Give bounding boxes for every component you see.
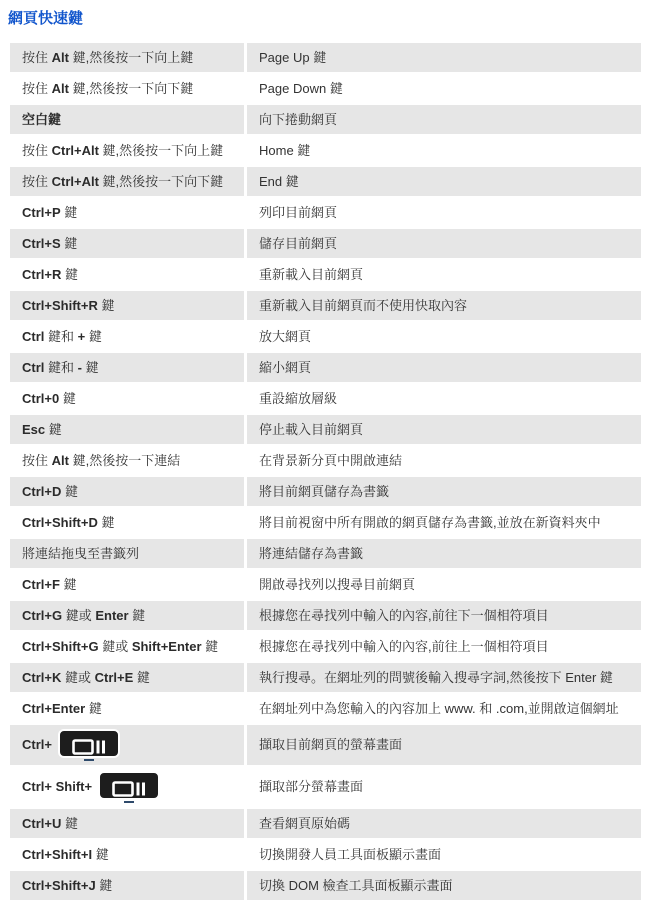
shortcut-cell: Ctrl+U 鍵 xyxy=(10,809,244,838)
shortcut-description: 重設縮放層級 xyxy=(247,384,641,413)
shortcut-description: 儲存目前網頁 xyxy=(247,229,641,258)
shortcut-description: 向下捲動網頁 xyxy=(247,105,641,134)
shortcut-cell: Ctrl+0 鍵 xyxy=(10,384,244,413)
shortcut-text: 鍵 xyxy=(96,878,113,893)
shortcut-text: Ctrl+D xyxy=(22,484,61,499)
shortcut-description: End 鍵 xyxy=(247,167,641,196)
shortcut-description: 執行搜尋。在網址列的問號後輸入搜尋字詞,然後按下 Enter 鍵 xyxy=(247,663,641,692)
shortcut-text: Ctrl+S xyxy=(22,236,61,251)
shortcut-text: 鍵 xyxy=(61,205,78,220)
shortcut-text: 按住 xyxy=(22,453,52,468)
overview-key-icon xyxy=(98,771,160,800)
shortcut-cell: 空白鍵 xyxy=(10,105,244,134)
shortcut-description: 將連結儲存為書籤 xyxy=(247,539,641,568)
table-row: Ctrl+Shift+J 鍵 切換 DOM 檢查工具面板顯示畫面 xyxy=(10,871,641,902)
shortcut-cell: Ctrl+Shift+R 鍵 xyxy=(10,291,244,320)
shortcut-text: Alt xyxy=(52,50,69,65)
shortcut-description: 在背景新分頁中開啟連結 xyxy=(247,446,641,475)
table-row: Esc 鍵 停止載入目前網頁 xyxy=(10,415,641,446)
shortcut-text: 鍵,然後按一下連結 xyxy=(69,453,180,468)
table-row: Ctrl+Shift+G 鍵或 Shift+Enter 鍵 根據您在尋找列中輸入… xyxy=(10,632,641,663)
shortcut-description: Page Down 鍵 xyxy=(247,74,641,103)
shortcut-cell: Ctrl+Shift+I 鍵 xyxy=(10,840,244,869)
table-row: Ctrl+ 擷取目前網頁的螢幕畫面 xyxy=(10,725,641,767)
table-row: 空白鍵 向下捲動網頁 xyxy=(10,105,641,136)
shortcut-cell: Ctrl+Enter 鍵 xyxy=(10,694,244,723)
table-row: Ctrl+Shift+D 鍵 將目前視窗中所有開啟的網頁儲存為書籤,並放在新資料… xyxy=(10,508,641,539)
overview-key-icon xyxy=(58,729,120,758)
shortcut-text: 鍵 xyxy=(61,267,78,282)
shortcut-text: Ctrl+0 xyxy=(22,391,59,406)
shortcut-text: 鍵 xyxy=(98,298,115,313)
table-row: Ctrl+K 鍵或 Ctrl+E 鍵 執行搜尋。在網址列的問號後輸入搜尋字詞,然… xyxy=(10,663,641,694)
shortcut-text: 按住 xyxy=(22,50,52,65)
shortcut-cell: 將連結拖曳至書籤列 xyxy=(10,539,244,568)
shortcut-cell: Ctrl+G 鍵或 Enter 鍵 xyxy=(10,601,244,630)
shortcut-text: Ctrl+ xyxy=(22,737,52,752)
shortcut-cell: Ctrl+Shift+D 鍵 xyxy=(10,508,244,537)
shortcut-cell: Ctrl+R 鍵 xyxy=(10,260,244,289)
shortcut-text: Alt xyxy=(52,453,69,468)
shortcut-text: Ctrl+E xyxy=(95,670,134,685)
shortcut-text: 鍵 xyxy=(59,391,76,406)
shortcut-text: Ctrl+F xyxy=(22,577,60,592)
help-page: 網頁快速鍵 按住 Alt 鍵,然後按一下向上鍵 Page Up 鍵 按住 Alt… xyxy=(0,0,656,907)
shortcut-text: 鍵或 xyxy=(62,608,95,623)
table-row: Ctrl+P 鍵 列印目前網頁 xyxy=(10,198,641,229)
shortcut-cell: Ctrl+ Shift+ xyxy=(10,767,244,807)
shortcut-text: Ctrl+Alt xyxy=(52,174,99,189)
shortcut-text: 鍵或 xyxy=(99,639,132,654)
shortcut-text: Alt xyxy=(52,81,69,96)
table-row: Ctrl+Shift+I 鍵 切換開發人員工具面板顯示畫面 xyxy=(10,840,641,871)
table-row: 將連結拖曳至書籤列 將連結儲存為書籤 xyxy=(10,539,641,570)
shortcut-text: 鍵 xyxy=(45,422,62,437)
shortcut-description: 根據您在尋找列中輸入的內容,前往上一個相符項目 xyxy=(247,632,641,661)
shortcut-description: 放大網頁 xyxy=(247,322,641,351)
shortcut-text: Ctrl xyxy=(22,329,44,344)
table-row: 按住 Ctrl+Alt 鍵,然後按一下向下鍵 End 鍵 xyxy=(10,167,641,198)
shortcut-text: 鍵或 xyxy=(61,670,94,685)
shortcut-text: 鍵 xyxy=(82,360,99,375)
shortcut-description: 擷取目前網頁的螢幕畫面 xyxy=(247,725,641,765)
shortcut-cell: Ctrl+S 鍵 xyxy=(10,229,244,258)
shortcut-text: Ctrl+U xyxy=(22,816,61,831)
shortcut-text: 鍵,然後按一下向下鍵 xyxy=(99,174,223,189)
shortcut-description: 擷取部分螢幕畫面 xyxy=(247,767,641,807)
shortcut-text: 鍵 xyxy=(202,639,219,654)
shortcut-text: 將連結拖曳至書籤列 xyxy=(22,546,139,561)
page-title: 網頁快速鍵 xyxy=(0,0,656,29)
shortcut-text: 鍵 xyxy=(85,701,102,716)
table-row: Ctrl+U 鍵 查看網頁原始碼 xyxy=(10,809,641,840)
shortcut-cell: 按住 Alt 鍵,然後按一下向下鍵 xyxy=(10,74,244,103)
shortcut-cell: 按住 Alt 鍵,然後按一下向上鍵 xyxy=(10,43,244,72)
table-row: Ctrl 鍵和 + 鍵 放大網頁 xyxy=(10,322,641,353)
shortcut-description: 縮小網頁 xyxy=(247,353,641,382)
table-row: 按住 Ctrl+Alt 鍵,然後按一下向上鍵 Home 鍵 xyxy=(10,136,641,167)
shortcut-text: Ctrl+Shift+I xyxy=(22,847,92,862)
shortcut-text: Ctrl+Shift+G xyxy=(22,639,99,654)
shortcut-text: Ctrl+Shift+D xyxy=(22,515,98,530)
shortcut-cell: Ctrl+Shift+G 鍵或 Shift+Enter 鍵 xyxy=(10,632,244,661)
shortcut-cell: 按住 Alt 鍵,然後按一下連結 xyxy=(10,446,244,475)
shortcut-description: 將目前視窗中所有開啟的網頁儲存為書籤,並放在新資料夾中 xyxy=(247,508,641,537)
shortcut-table: 按住 Alt 鍵,然後按一下向上鍵 Page Up 鍵 按住 Alt 鍵,然後按… xyxy=(10,43,641,902)
shortcut-description: 切換 DOM 檢查工具面板顯示畫面 xyxy=(247,871,641,900)
table-row: 按住 Alt 鍵,然後按一下向下鍵 Page Down 鍵 xyxy=(10,74,641,105)
shortcut-text: Ctrl+Shift+J xyxy=(22,878,96,893)
shortcut-text: 按住 xyxy=(22,174,52,189)
table-row: Ctrl+Enter 鍵 在網址列中為您輸入的內容加上 www. 和 .com,… xyxy=(10,694,641,725)
shortcut-text: 鍵 xyxy=(129,608,146,623)
shortcut-text: Ctrl+Shift+R xyxy=(22,298,98,313)
shortcut-cell: Ctrl+D 鍵 xyxy=(10,477,244,506)
table-row: Ctrl+0 鍵 重設縮放層級 xyxy=(10,384,641,415)
table-row: Ctrl+R 鍵 重新載入目前網頁 xyxy=(10,260,641,291)
shortcut-description: 列印目前網頁 xyxy=(247,198,641,227)
shortcut-description: 開啟尋找列以搜尋目前網頁 xyxy=(247,570,641,599)
shortcut-cell: Ctrl 鍵和 + 鍵 xyxy=(10,322,244,351)
shortcut-text: Enter xyxy=(95,608,128,623)
shortcut-description: 在網址列中為您輸入的內容加上 www. 和 .com,並開啟這個網址 xyxy=(247,694,641,723)
shortcut-cell: Ctrl+ xyxy=(10,725,244,765)
shortcut-text: 鍵 xyxy=(133,670,150,685)
shortcut-text: 按住 xyxy=(22,81,52,96)
table-row: Ctrl+ Shift+ 擷取部分螢幕畫面 xyxy=(10,767,641,809)
shortcut-text: 按住 xyxy=(22,143,52,158)
shortcut-description: 根據您在尋找列中輸入的內容,前往下一個相符項目 xyxy=(247,601,641,630)
shortcut-text: Ctrl+Enter xyxy=(22,701,85,716)
shortcut-description: 查看網頁原始碼 xyxy=(247,809,641,838)
shortcut-text: Ctrl+P xyxy=(22,205,61,220)
shortcut-cell: Ctrl 鍵和 - 鍵 xyxy=(10,353,244,382)
shortcut-text: Shift+Enter xyxy=(132,639,202,654)
shortcut-text: 鍵,然後按一下向下鍵 xyxy=(69,81,193,96)
shortcut-cell: Esc 鍵 xyxy=(10,415,244,444)
shortcut-description: Page Up 鍵 xyxy=(247,43,641,72)
shortcut-cell: Ctrl+P 鍵 xyxy=(10,198,244,227)
shortcut-cell: Ctrl+K 鍵或 Ctrl+E 鍵 xyxy=(10,663,244,692)
shortcut-description: 將目前網頁儲存為書籤 xyxy=(247,477,641,506)
shortcut-text: 鍵,然後按一下向上鍵 xyxy=(69,50,193,65)
table-row: Ctrl+G 鍵或 Enter 鍵 根據您在尋找列中輸入的內容,前往下一個相符項… xyxy=(10,601,641,632)
table-row: 按住 Alt 鍵,然後按一下向上鍵 Page Up 鍵 xyxy=(10,43,641,74)
shortcut-text: Ctrl+G xyxy=(22,608,62,623)
shortcut-text: 鍵 xyxy=(60,577,77,592)
table-row: Ctrl+F 鍵 開啟尋找列以搜尋目前網頁 xyxy=(10,570,641,601)
shortcut-text: Ctrl+ Shift+ xyxy=(22,779,92,794)
shortcut-text: Ctrl xyxy=(22,360,44,375)
shortcut-text: 鍵 xyxy=(61,816,78,831)
table-row: 按住 Alt 鍵,然後按一下連結 在背景新分頁中開啟連結 xyxy=(10,446,641,477)
shortcut-text: Ctrl+K xyxy=(22,670,61,685)
table-row: Ctrl+Shift+R 鍵 重新載入目前網頁而不使用快取內容 xyxy=(10,291,641,322)
shortcut-cell: Ctrl+F 鍵 xyxy=(10,570,244,599)
shortcut-description: 重新載入目前網頁而不使用快取內容 xyxy=(247,291,641,320)
table-row: Ctrl+D 鍵 將目前網頁儲存為書籤 xyxy=(10,477,641,508)
table-row: Ctrl 鍵和 - 鍵 縮小網頁 xyxy=(10,353,641,384)
shortcut-text: 鍵和 xyxy=(44,360,77,375)
shortcut-text: 鍵 xyxy=(92,847,109,862)
shortcut-text: Ctrl+R xyxy=(22,267,61,282)
shortcut-description: 重新載入目前網頁 xyxy=(247,260,641,289)
shortcut-text: 鍵 xyxy=(61,236,78,251)
shortcut-cell: 按住 Ctrl+Alt 鍵,然後按一下向上鍵 xyxy=(10,136,244,165)
shortcut-text: 鍵 xyxy=(85,329,102,344)
shortcut-description: 切換開發人員工具面板顯示畫面 xyxy=(247,840,641,869)
shortcut-text: 鍵 xyxy=(61,484,78,499)
shortcut-description: 停止載入目前網頁 xyxy=(247,415,641,444)
shortcut-text: Ctrl+Alt xyxy=(52,143,99,158)
shortcut-text: 鍵,然後按一下向上鍵 xyxy=(99,143,223,158)
table-row: Ctrl+S 鍵 儲存目前網頁 xyxy=(10,229,641,260)
shortcut-text: 鍵 xyxy=(98,515,115,530)
shortcut-description: Home 鍵 xyxy=(247,136,641,165)
shortcut-cell: 按住 Ctrl+Alt 鍵,然後按一下向下鍵 xyxy=(10,167,244,196)
shortcut-cell: Ctrl+Shift+J 鍵 xyxy=(10,871,244,900)
shortcut-text: Esc xyxy=(22,422,45,437)
shortcut-text: 空白鍵 xyxy=(22,112,61,127)
shortcut-text: 鍵和 xyxy=(44,329,77,344)
